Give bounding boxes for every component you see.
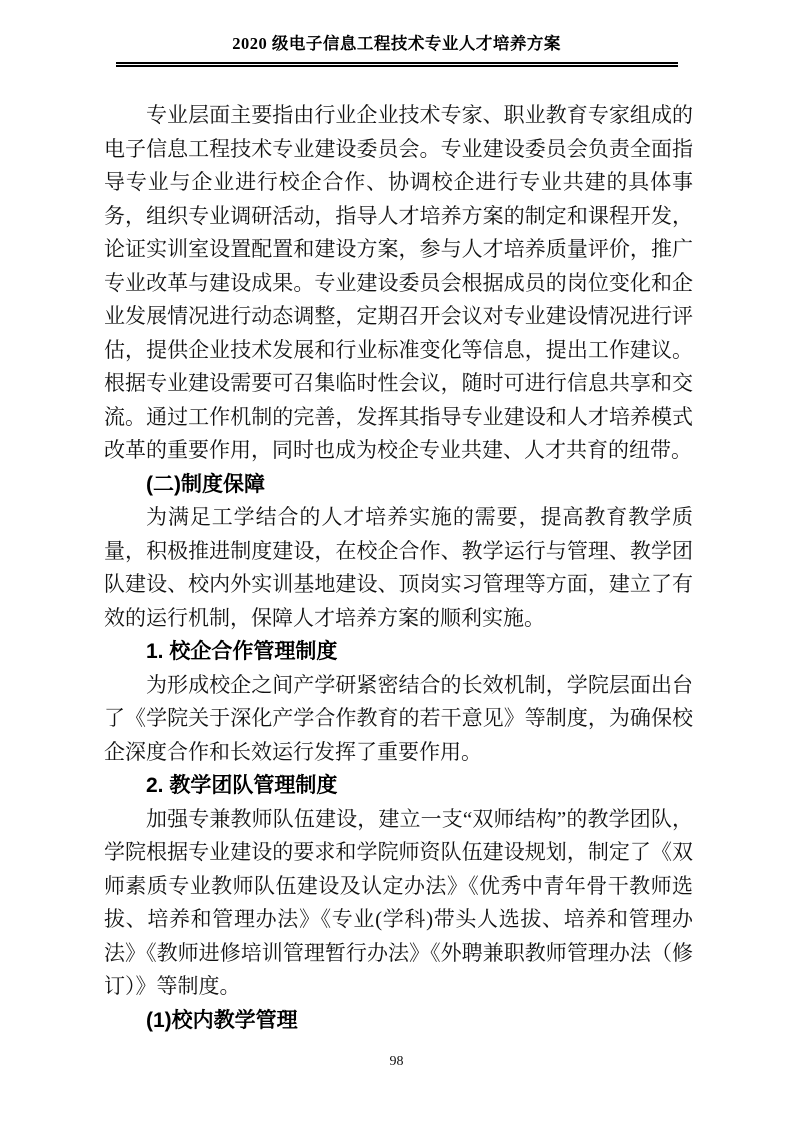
page-header: 2020 级电子信息工程技术专业人才培养方案 bbox=[0, 0, 793, 67]
paragraph-committee-mechanism: 专业层面主要指由行业企业技术专家、职业教育专家组成的电子信息工程技术专业建设委员… bbox=[104, 99, 693, 468]
subsection-heading-teaching-team-management: 2. 教学团队管理制度 bbox=[104, 769, 693, 803]
paragraph-school-enterprise-policy: 为形成校企之间产学研紧密结合的长效机制，学院层面出台了《学院关于深化产学合作教育… bbox=[104, 669, 693, 770]
header-title: 2020 级电子信息工程技术专业人才培养方案 bbox=[0, 30, 793, 54]
subsection-heading-school-enterprise-management: 1. 校企合作管理制度 bbox=[104, 635, 693, 669]
page-number: 98 bbox=[390, 1054, 404, 1069]
page-footer: 98 bbox=[0, 1052, 793, 1070]
section-heading-institutional-guarantee: (二)制度保障 bbox=[104, 468, 693, 502]
paragraph-teaching-team-policies: 加强专兼教师队伍建设，建立一支“双师结构”的教学团队，学院根据专业建设的要求和学… bbox=[104, 803, 693, 1004]
document-body: 专业层面主要指由行业企业技术专家、职业教育专家组成的电子信息工程技术专业建设委员… bbox=[104, 99, 693, 1037]
paragraph-institution-building: 为满足工学结合的人才培养实施的需要，提高教育教学质量，积极推进制度建设，在校企合… bbox=[104, 501, 693, 635]
document-page: 2020 级电子信息工程技术专业人才培养方案 专业层面主要指由行业企业技术专家、… bbox=[0, 0, 793, 1122]
header-divider-double-rule bbox=[116, 62, 678, 67]
subsubsection-heading-campus-teaching-management: (1)校内教学管理 bbox=[104, 1004, 693, 1038]
